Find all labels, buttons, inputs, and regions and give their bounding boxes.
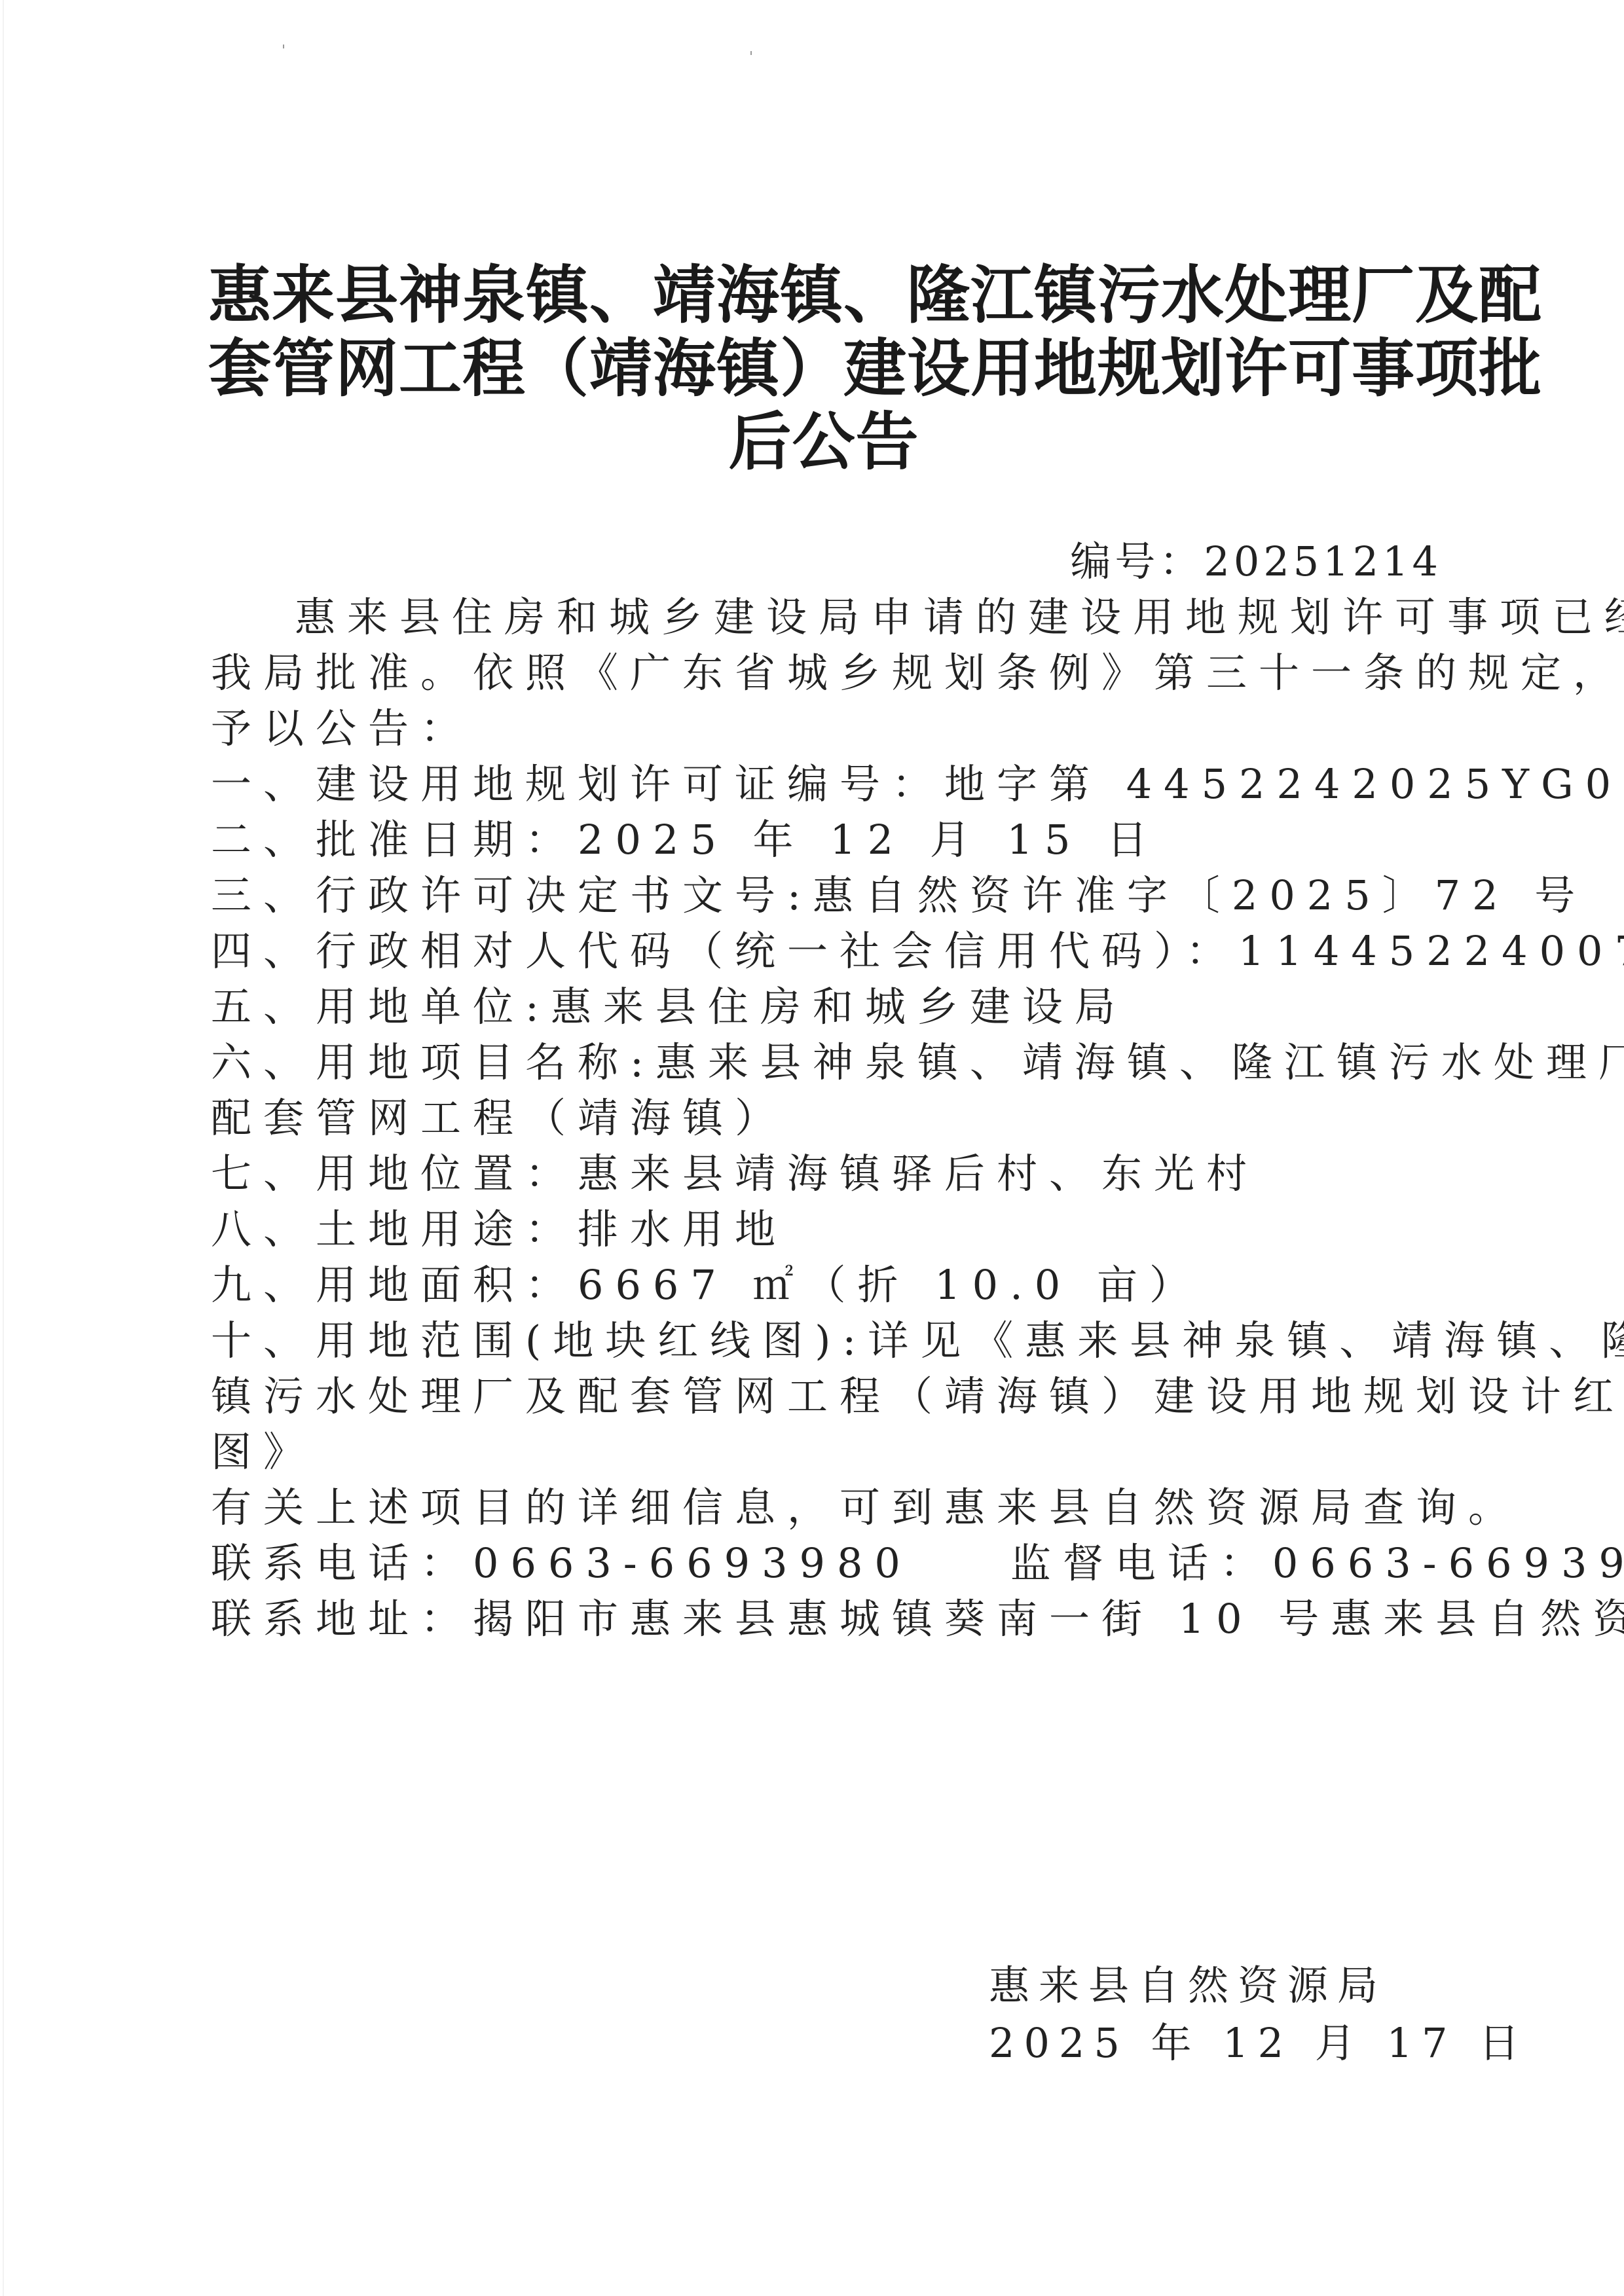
contact-phone-label: 联系电话： bbox=[211, 1539, 473, 1587]
document-number: 编号：20251214 bbox=[211, 534, 1442, 589]
issue-date: 2025 年 12 月 17 日 bbox=[989, 2015, 1528, 2073]
closing-line: 有关上述项目的详细信息，可到惠来县自然资源局查询。 bbox=[211, 1480, 1442, 1535]
signature-block: 惠来县自然资源局 2025 年 12 月 17 日 bbox=[989, 1958, 1528, 2073]
contact-phone: 0663-6693980 bbox=[473, 1539, 912, 1587]
notice-title: 惠来县神泉镇、靖海镇、隆江镇污水处理厂及配 套管网工程（靖海镇）建设用地规划许可… bbox=[208, 259, 1439, 479]
item-location: 七、用地位置：惠来县靖海镇驿后村、东光村 bbox=[211, 1146, 1442, 1201]
item-land-unit: 五、用地单位:惠来县住房和城乡建设局 bbox=[211, 979, 1442, 1034]
item-project-name: 六、用地项目名称:惠来县神泉镇、靖海镇、隆江镇污水处理厂及 bbox=[211, 1034, 1442, 1090]
supervision-phone-label: 监督电话： bbox=[1010, 1539, 1272, 1587]
title-line-2: 套管网工程（靖海镇）建设用地规划许可事项批 bbox=[208, 332, 1439, 405]
title-line-3: 后公告 bbox=[208, 405, 1439, 479]
item-area: 九、用地面积：6667 ㎡（折 10.0 亩） bbox=[211, 1257, 1442, 1313]
scan-speck bbox=[283, 45, 284, 48]
item-scope-end: 图》 bbox=[211, 1424, 1442, 1480]
intro-line-2: 我局批准。依照《广东省城乡规划条例》第三十一条的规定，现 bbox=[211, 645, 1442, 701]
item-project-name-cont: 配套管网工程（靖海镇） bbox=[211, 1090, 1442, 1146]
item-approval-date: 二、批准日期：2025 年 12 月 15 日 bbox=[211, 812, 1442, 867]
intro-line-3: 予以公告： bbox=[211, 701, 1442, 756]
scan-speck bbox=[750, 51, 752, 55]
item-scope-cont: 镇污水处理厂及配套管网工程（靖海镇）建设用地规划设计红线 bbox=[211, 1368, 1442, 1424]
supervision-phone: 0663-6693980 bbox=[1272, 1539, 1624, 1587]
item-credit-code: 四、行政相对人代码（统一社会信用代码）：11445224007035652C bbox=[211, 923, 1442, 979]
issuer: 惠来县自然资源局 bbox=[989, 1958, 1528, 2015]
item-scope: 十、用地范围(地块红线图):详见《惠来县神泉镇、靖海镇、隆江 bbox=[211, 1313, 1442, 1368]
intro-line-1: 惠来县住房和城乡建设局申请的建设用地规划许可事项已经 bbox=[211, 589, 1442, 645]
scan-edge bbox=[3, 0, 4, 2296]
notice-body: 编号：20251214 惠来县住房和城乡建设局申请的建设用地规划许可事项已经 我… bbox=[211, 534, 1442, 1647]
phone-line: 联系电话：0663-6693980监督电话：0663-6693980 bbox=[211, 1535, 1442, 1591]
item-permit-number: 一、建设用地规划许可证编号：地字第 4452242025YG0046514 号 bbox=[211, 756, 1442, 812]
item-land-use: 八、土地用途：排水用地 bbox=[211, 1201, 1442, 1257]
address-line: 联系地址：揭阳市惠来县惠城镇葵南一街 10 号惠来县自然资源局 bbox=[211, 1591, 1442, 1647]
item-decision-number: 三、行政许可决定书文号:惠自然资许准字〔2025〕72 号 bbox=[211, 867, 1442, 923]
document-page: 惠来县神泉镇、靖海镇、隆江镇污水处理厂及配 套管网工程（靖海镇）建设用地规划许可… bbox=[0, 0, 1624, 2296]
title-line-1: 惠来县神泉镇、靖海镇、隆江镇污水处理厂及配 bbox=[208, 259, 1439, 332]
